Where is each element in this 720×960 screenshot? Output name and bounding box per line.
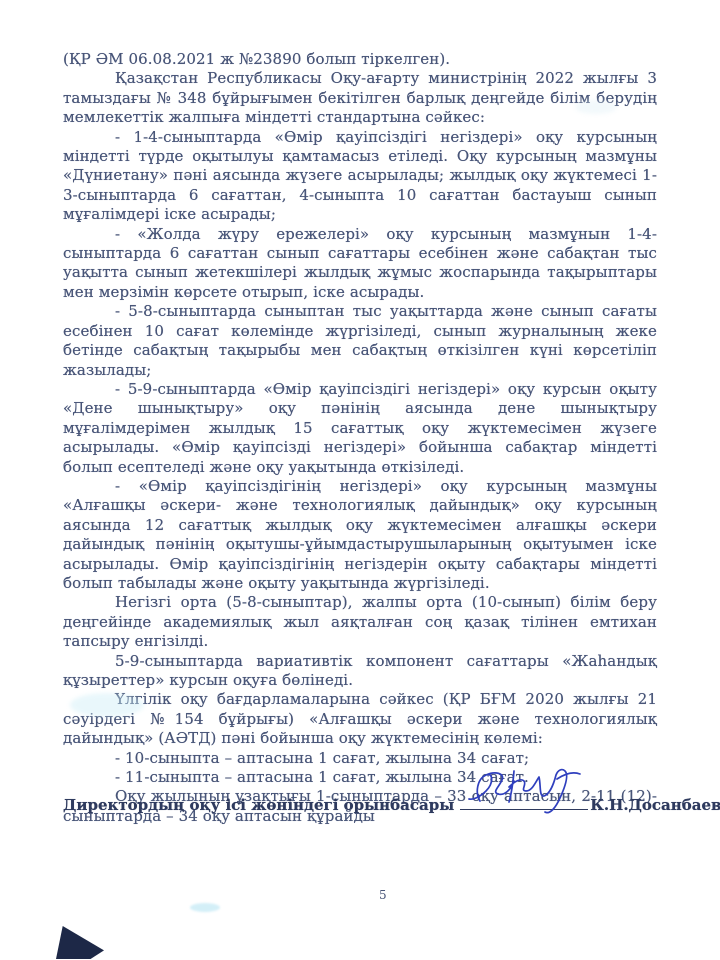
paragraph: - 5-8-сыныптарда сыныптан тыс уақыттарда…: [63, 302, 657, 380]
scan-corner-artifact: [56, 926, 104, 959]
signature-name: К.Н.Досанбаева: [590, 796, 720, 814]
paragraph: - 5-9-сыныптарда «Өмір қауіпсіздігі негі…: [63, 380, 657, 477]
signature-row: Директордың оқу ісі жөніндегі орынбасары…: [63, 791, 663, 814]
paragraph: Негізгі орта (5-8-сыныптар), жалпы орта …: [63, 593, 657, 651]
document-body: (ҚР ӘМ 06.08.2021 ж №23890 болып тіркелг…: [63, 50, 657, 826]
signature-label: Директордың оқу ісі жөніндегі орынбасары: [63, 796, 454, 814]
paragraph: Қазақстан Республикасы Оқу-ағарту минист…: [63, 69, 657, 127]
signature-underline: [460, 791, 588, 810]
paragraph: - «Өмір қауіпсіздігінің негіздері» оқу к…: [63, 477, 657, 593]
document-page: (ҚР ӘМ 06.08.2021 ж №23890 болып тіркелг…: [0, 0, 720, 960]
paragraph: - «Жолда жүру ережелері» оқу курсының ма…: [63, 225, 657, 303]
scan-smudge: [190, 903, 220, 912]
paragraph: (ҚР ӘМ 06.08.2021 ж №23890 болып тіркелг…: [63, 50, 657, 69]
paragraph: - 1-4-сыныптарда «Өмір қауіпсіздігі негі…: [63, 128, 657, 225]
handwritten-signature-icon: [464, 765, 584, 817]
paragraph: Үлгілік оқу бағдарламаларына сәйкес (ҚР …: [63, 690, 657, 748]
page-number: 5: [379, 888, 387, 902]
paragraph: 5-9-сыныптарда вариативтік компонент сағ…: [63, 652, 657, 691]
